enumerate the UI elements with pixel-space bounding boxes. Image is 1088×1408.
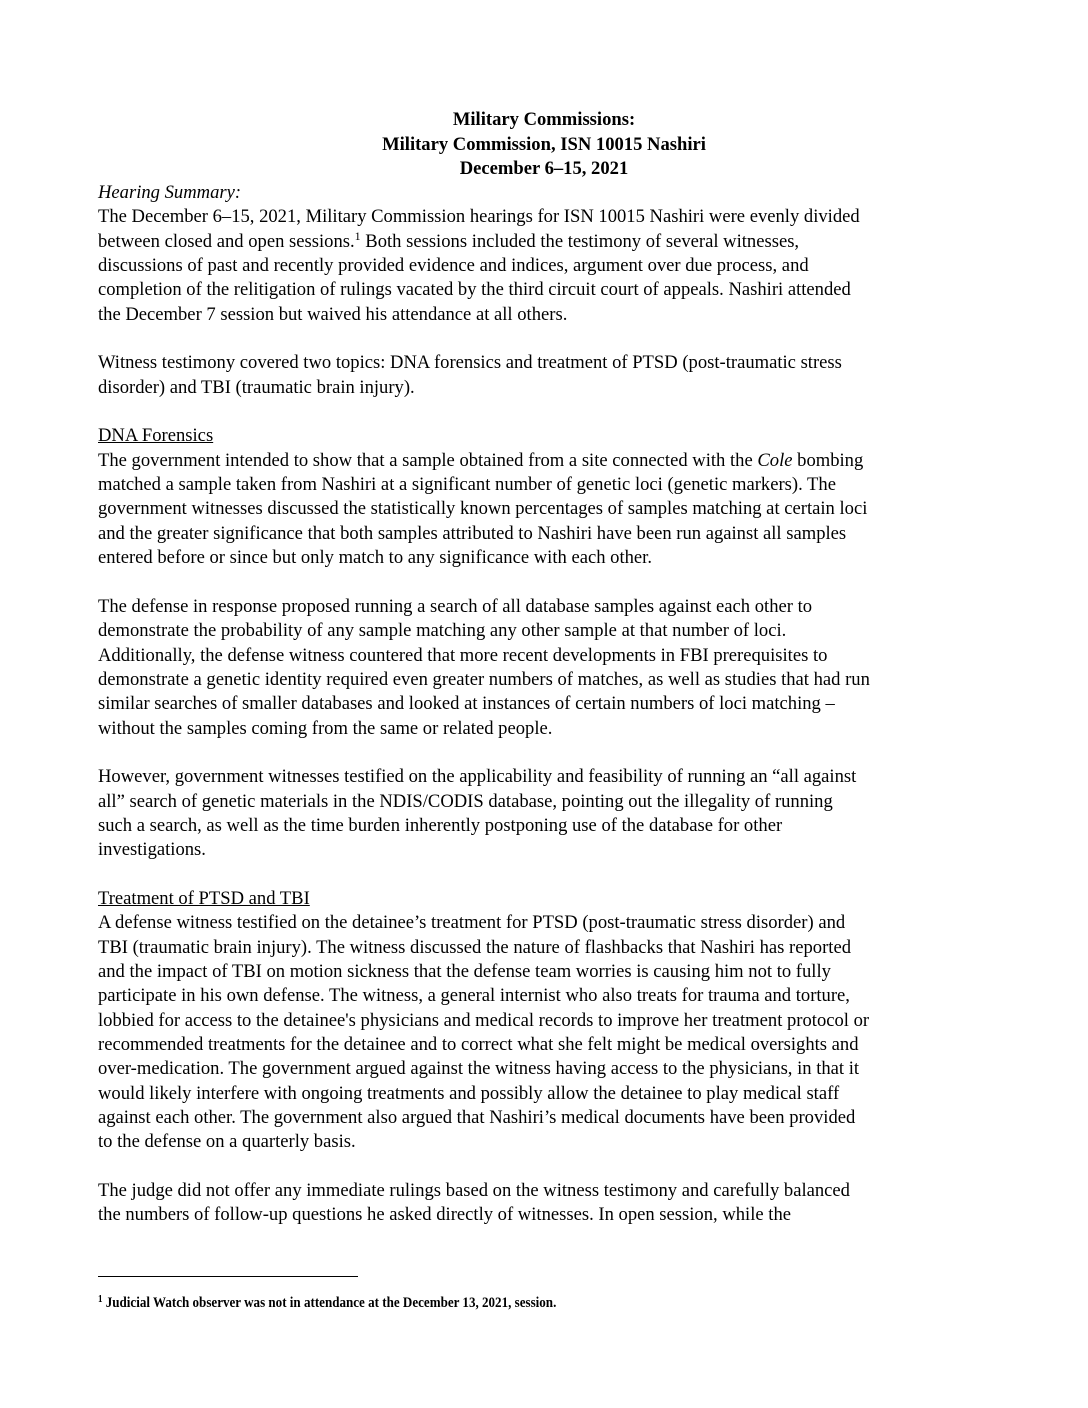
witness-topics-paragraph: Witness testimony covered two topics: DN… [98,351,998,400]
dna-forensics-heading: DNA Forensics [98,424,998,448]
footnote: 1 Judicial Watch observer was not in att… [98,1294,556,1312]
header-case-name: Military Commission, ISN 10015 Nashiri [0,133,1088,158]
footnote-divider [98,1276,358,1277]
document-body: Hearing Summary: The December 6–15, 2021… [98,181,998,1252]
footnote-text: Judicial Watch observer was not in atten… [103,1295,557,1311]
dna-text-italic: Cole [757,450,792,471]
dna-forensics-paragraph-3: However, government witnesses testified … [98,765,998,862]
ptsd-tbi-paragraph-2: The judge did not offer any immediate ru… [98,1179,998,1228]
dna-forensics-paragraph-1: The government intended to show that a s… [98,449,998,571]
ptsd-tbi-heading: Treatment of PTSD and TBI [98,887,998,911]
dna-text-a: The government intended to show that a s… [98,450,757,471]
document-page: Military Commissions: Military Commissio… [0,0,1088,1408]
header-date-range: December 6–15, 2021 [0,157,1088,182]
hearing-summary-paragraph: The December 6–15, 2021, Military Commis… [98,205,998,327]
document-header: Military Commissions: Military Commissio… [0,108,1088,182]
ptsd-tbi-paragraph-1: A defense witness testified on the detai… [98,911,998,1154]
hearing-summary-label: Hearing Summary: [98,181,998,205]
header-title: Military Commissions: [0,108,1088,133]
dna-forensics-paragraph-2: The defense in response proposed running… [98,595,998,741]
